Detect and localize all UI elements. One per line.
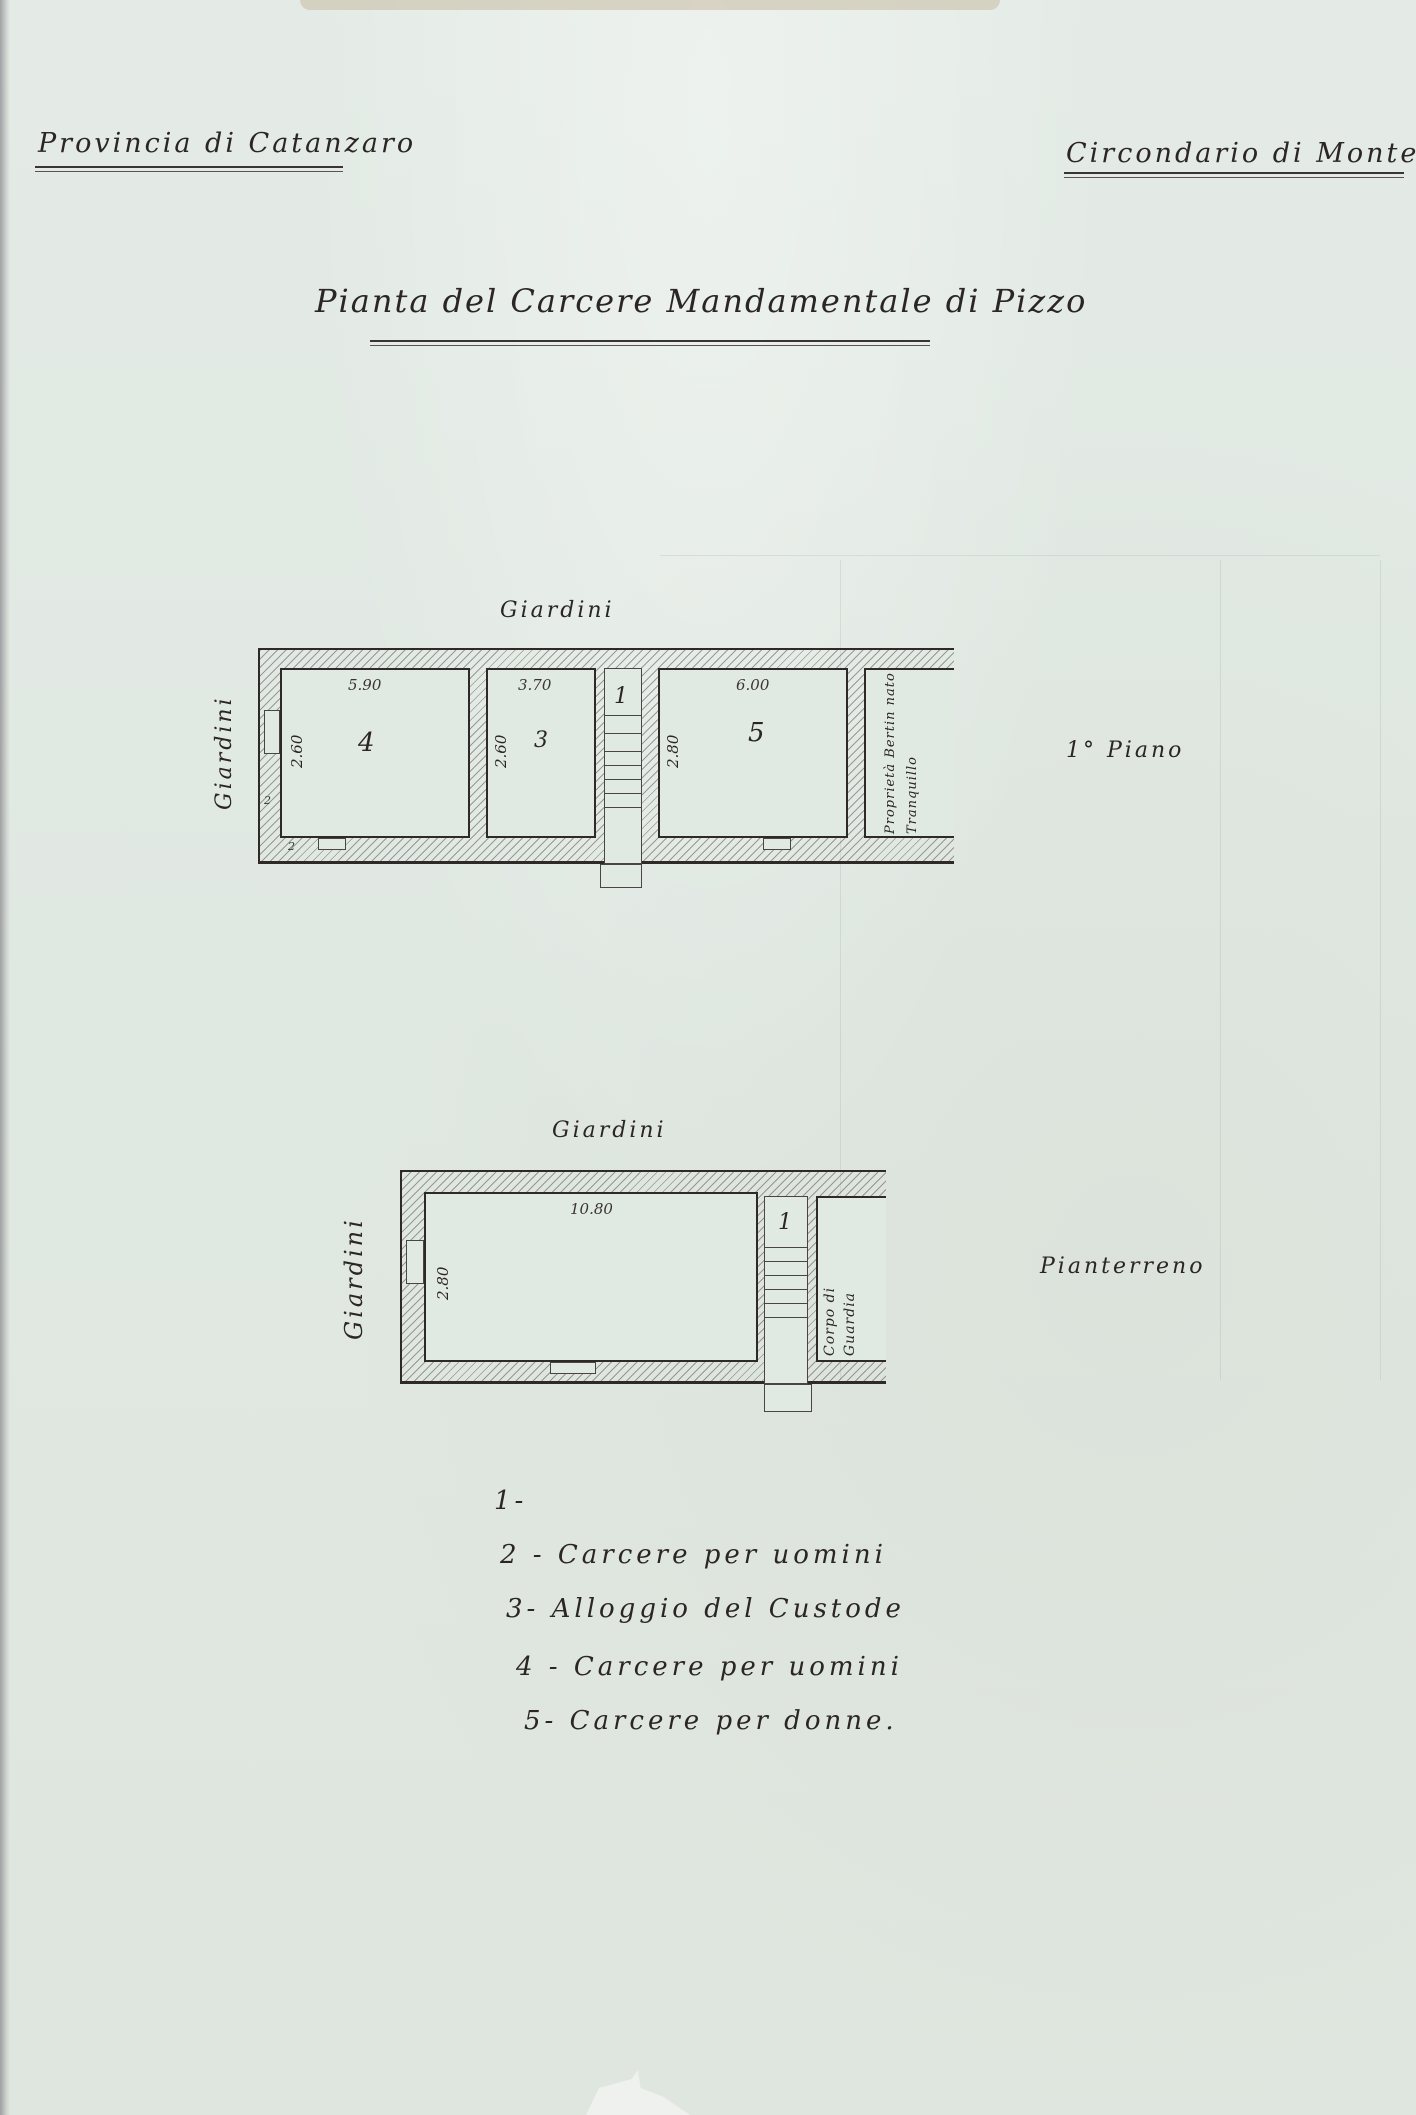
dim-room-3-width: 3.70 [518,676,551,694]
room-5-number: 5 [748,718,765,748]
legend-item-2: 2 - Carcere per uomini [500,1540,887,1570]
stair-step [765,1275,807,1276]
legend-item-5: 5- Carcere per donne. [524,1706,898,1736]
legend-number: 5 [524,1706,545,1736]
upper-plan-label-left: Giardini [212,695,237,810]
legend-text: Carcere per uomini [558,1540,887,1570]
page-edge-top [300,0,1000,10]
legend-number: 3 [506,1594,527,1624]
lower-plan-label-top: Giardini [552,1118,667,1143]
header-right-underline [1064,172,1404,178]
stair-step [765,1289,807,1290]
upper-floor-plan: 5.90 3.70 6.00 2.60 2.60 2.80 4 3 1 5 Pr… [258,648,954,864]
page-title-underline [370,340,930,346]
window [318,838,346,850]
legend-item-4: 4 - Carcere per uomini [516,1652,903,1682]
room-4-number: 4 [358,728,375,758]
window [264,710,280,754]
legend-dash: - [515,1486,528,1516]
stair-step [605,765,641,766]
dim-room-4-depth: 2.60 [288,735,306,768]
legend-dash: - [527,1594,552,1624]
upper-floor-label: 1° Piano [1066,738,1184,763]
dim-room-3-depth: 2.60 [492,735,510,768]
legend-item-3: 3- Alloggio del Custode [506,1594,905,1624]
side-room-label: Proprietà Bertin nato Tranquillo [880,664,924,834]
lower-plan-label-left: Giardini [340,1217,368,1340]
small-mark: 2 [288,840,295,853]
ghost-table-line [660,555,1380,556]
guard-room-label: Corpo di Guardia [820,1226,860,1356]
dim-room-2-depth: 2.80 [434,1267,452,1300]
ghost-table-line [1380,560,1381,1380]
stair-step [605,733,641,734]
window [406,1240,424,1284]
stair-step [605,715,641,716]
upper-plan-label-top: Giardini [500,598,615,623]
room-3-number: 3 [534,728,548,753]
window [550,1362,596,1374]
dim-room-2-width: 10.80 [570,1200,613,1218]
header-left: Provincia di Catanzaro [38,128,416,159]
stair-step [605,793,641,794]
legend-dash: - [521,1540,558,1570]
legend-number: 4 [516,1652,537,1682]
legend-text: Carcere per uomini [574,1652,903,1682]
legend-number: 2 [500,1540,521,1570]
lower-floor-label: Pianterreno [1040,1254,1205,1279]
page-title: Pianta del Carcere Mandamentale di Pizzo [315,282,1087,320]
ghost-table-line [1220,560,1221,1380]
dim-room-5-depth: 2.80 [664,735,682,768]
page-edge-shadow [0,0,10,2115]
dim-room-5-width: 6.00 [736,676,769,694]
legend-item-1: 1- [494,1486,527,1516]
stair-step [765,1261,807,1262]
small-mark: 2 [264,794,271,807]
legend-number: 1 [494,1486,515,1516]
stair-step [765,1303,807,1304]
legend-dash: - [537,1652,574,1682]
upper-stair-landing [600,864,642,888]
stair-step [765,1247,807,1248]
stair-step [605,751,641,752]
lower-stair-landing [764,1384,812,1412]
dim-room-4-width: 5.90 [348,676,381,694]
lower-floor-plan: 10.80 2.80 1 Corpo di Guardia [400,1170,886,1384]
stair-step [765,1317,807,1318]
legend-dash: - [545,1706,570,1736]
header-right: Circondario di Monteleone [1066,138,1416,169]
legend-text: Alloggio del Custode [552,1594,905,1624]
lower-stair-number: 1 [778,1210,792,1235]
legend-text: Carcere per donne. [570,1706,898,1736]
stair-number: 1 [614,684,628,709]
stair-step [605,779,641,780]
window [763,838,791,850]
header-left-underline [35,166,343,172]
stair-step [605,807,641,808]
